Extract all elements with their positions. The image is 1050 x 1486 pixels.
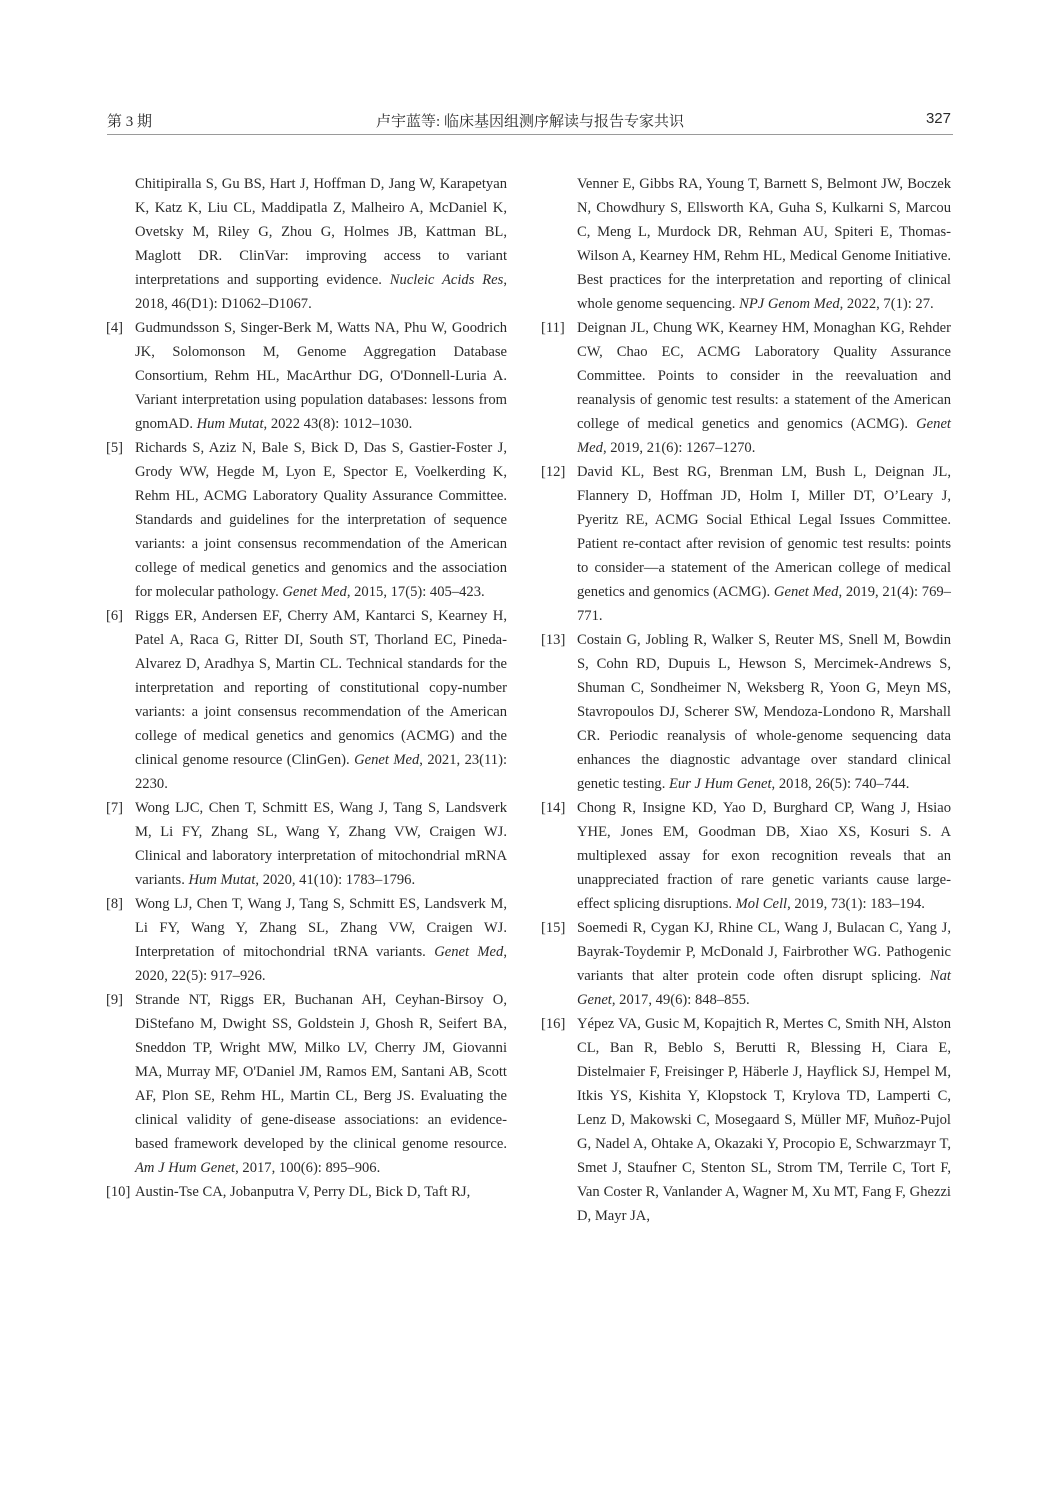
journal-name: Nucleic Acids Res bbox=[390, 272, 504, 288]
reference-number: [16] bbox=[541, 1012, 565, 1036]
reference-text: Venner E, Gibbs RA, Young T, Barnett S, … bbox=[577, 176, 951, 312]
reference-number: [4] bbox=[106, 316, 123, 340]
journal-name: Genet Med bbox=[354, 752, 419, 768]
reference-item: [4] Gudmundsson S, Singer-Berk M, Watts … bbox=[106, 316, 507, 436]
reference-item: [9] Strande NT, Riggs ER, Buchanan AH, C… bbox=[106, 988, 507, 1180]
reference-number: [10] bbox=[106, 1180, 130, 1204]
reference-details: , 2017, 100(6): 895–906. bbox=[235, 1160, 380, 1176]
journal-name: Hum Mutat bbox=[189, 872, 256, 888]
journal-name: Genet Med bbox=[774, 584, 839, 600]
reference-item: [10] Austin-Tse CA, Jobanputra V, Perry … bbox=[106, 1180, 507, 1204]
reference-item: [16] Yépez VA, Gusic M, Kopajtich R, Mer… bbox=[541, 1012, 951, 1228]
reference-number: [9] bbox=[106, 988, 123, 1012]
reference-item: [7] Wong LJC, Chen T, Schmitt ES, Wang J… bbox=[106, 796, 507, 892]
reference-item: [13] Costain G, Jobling R, Walker S, Reu… bbox=[541, 628, 951, 796]
journal-name: Genet Med bbox=[434, 944, 503, 960]
journal-name: Eur J Hum Genet bbox=[669, 776, 772, 792]
reference-item: [14] Chong R, Insigne KD, Yao D, Burghar… bbox=[541, 796, 951, 916]
reference-details: , 2019, 73(1): 183–194. bbox=[787, 896, 925, 912]
reference-item: [15] Soemedi R, Cygan KJ, Rhine CL, Wang… bbox=[541, 916, 951, 1012]
reference-number: [13] bbox=[541, 628, 565, 652]
reference-number: [7] bbox=[106, 796, 123, 820]
reference-number: [5] bbox=[106, 436, 123, 460]
reference-item: Venner E, Gibbs RA, Young T, Barnett S, … bbox=[541, 172, 951, 316]
reference-details: , 2022 43(8): 1012–1030. bbox=[264, 416, 413, 432]
reference-number: [6] bbox=[106, 604, 123, 628]
reference-column-left: Chitipiralla S, Gu BS, Hart J, Hoffman D… bbox=[106, 172, 507, 1204]
reference-text: Costain G, Jobling R, Walker S, Reuter M… bbox=[577, 632, 951, 792]
reference-item: [5] Richards S, Aziz N, Bale S, Bick D, … bbox=[106, 436, 507, 604]
reference-item: Chitipiralla S, Gu BS, Hart J, Hoffman D… bbox=[106, 172, 507, 316]
reference-details: , 2020, 41(10): 1783–1796. bbox=[255, 872, 415, 888]
page-number: 327 bbox=[926, 110, 951, 127]
journal-name: Mol Cell bbox=[736, 896, 787, 912]
reference-text: Yépez VA, Gusic M, Kopajtich R, Mertes C… bbox=[577, 1016, 951, 1224]
reference-text: Deignan JL, Chung WK, Kearney HM, Monagh… bbox=[577, 320, 951, 432]
reference-number: [11] bbox=[541, 316, 565, 340]
journal-name: NPJ Genom Med bbox=[739, 296, 840, 312]
reference-text: Austin-Tse CA, Jobanputra V, Perry DL, B… bbox=[135, 1184, 470, 1200]
reference-item: [8] Wong LJ, Chen T, Wang J, Tang S, Sch… bbox=[106, 892, 507, 988]
reference-item: [6] Riggs ER, Andersen EF, Cherry AM, Ka… bbox=[106, 604, 507, 796]
reference-item: [12] David KL, Best RG, Brenman LM, Bush… bbox=[541, 460, 951, 628]
reference-details: , 2018, 26(5): 740–744. bbox=[772, 776, 910, 792]
reference-item: [11] Deignan JL, Chung WK, Kearney HM, M… bbox=[541, 316, 951, 460]
reference-details: , 2015, 17(5): 405–423. bbox=[347, 584, 485, 600]
reference-details: , 2017, 49(6): 848–855. bbox=[612, 992, 750, 1008]
reference-number: [8] bbox=[106, 892, 123, 916]
running-title: 卢宇蓝等: 临床基因组测序解读与报告专家共识 bbox=[107, 110, 953, 131]
reference-details: , 2019, 21(6): 1267–1270. bbox=[603, 440, 755, 456]
reference-text: Soemedi R, Cygan KJ, Rhine CL, Wang J, B… bbox=[577, 920, 951, 984]
journal-name: Am J Hum Genet bbox=[135, 1160, 235, 1176]
reference-number: [15] bbox=[541, 916, 565, 940]
reference-text: Richards S, Aziz N, Bale S, Bick D, Das … bbox=[135, 440, 507, 600]
reference-text: Strande NT, Riggs ER, Buchanan AH, Ceyha… bbox=[135, 992, 507, 1152]
reference-text: Riggs ER, Andersen EF, Cherry AM, Kantar… bbox=[135, 608, 507, 768]
reference-number: [12] bbox=[541, 460, 565, 484]
reference-text: David KL, Best RG, Brenman LM, Bush L, D… bbox=[577, 464, 951, 600]
reference-column-right: Venner E, Gibbs RA, Young T, Barnett S, … bbox=[541, 172, 951, 1228]
running-header: 第 3 期 卢宇蓝等: 临床基因组测序解读与报告专家共识 327 bbox=[107, 108, 953, 135]
journal-name: Genet Med bbox=[282, 584, 346, 600]
journal-name: Hum Mutat bbox=[197, 416, 264, 432]
reference-details: , 2022, 7(1): 27. bbox=[840, 296, 934, 312]
reference-number: [14] bbox=[541, 796, 565, 820]
